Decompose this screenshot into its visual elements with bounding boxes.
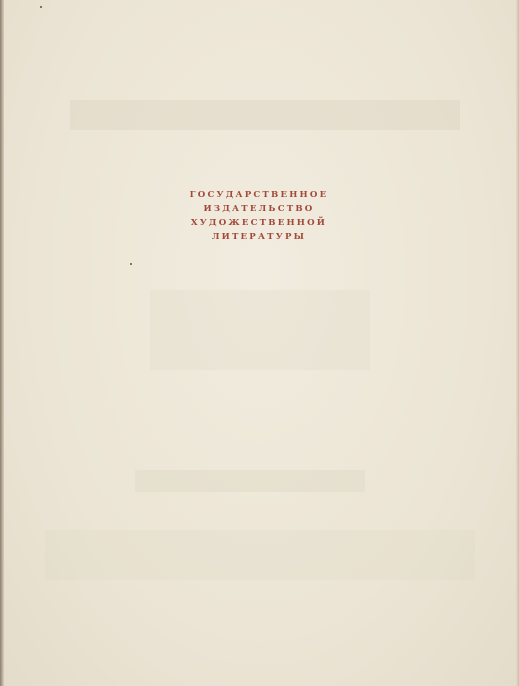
paper-speck [130, 263, 132, 265]
book-page: ГОСУДАРСТВЕННОЕ ИЗДАТЕЛЬСТВО ХУДОЖЕСТВЕН… [0, 0, 519, 686]
show-through-title [70, 100, 460, 130]
imprint-line: ХУДОЖЕСТВЕННОЙ [160, 216, 358, 230]
page-left-edge [0, 0, 4, 686]
imprint-line: ГОСУДАРСТВЕННОЕ [160, 188, 358, 202]
show-through-block [150, 290, 370, 370]
show-through-subtitle [135, 470, 365, 492]
paper-speck [40, 6, 42, 8]
publisher-imprint: ГОСУДАРСТВЕННОЕ ИЗДАТЕЛЬСТВО ХУДОЖЕСТВЕН… [160, 188, 358, 244]
show-through-footer [45, 530, 475, 580]
imprint-line: ЛИТЕРАТУРЫ [160, 230, 358, 244]
imprint-line: ИЗДАТЕЛЬСТВО [160, 202, 358, 216]
